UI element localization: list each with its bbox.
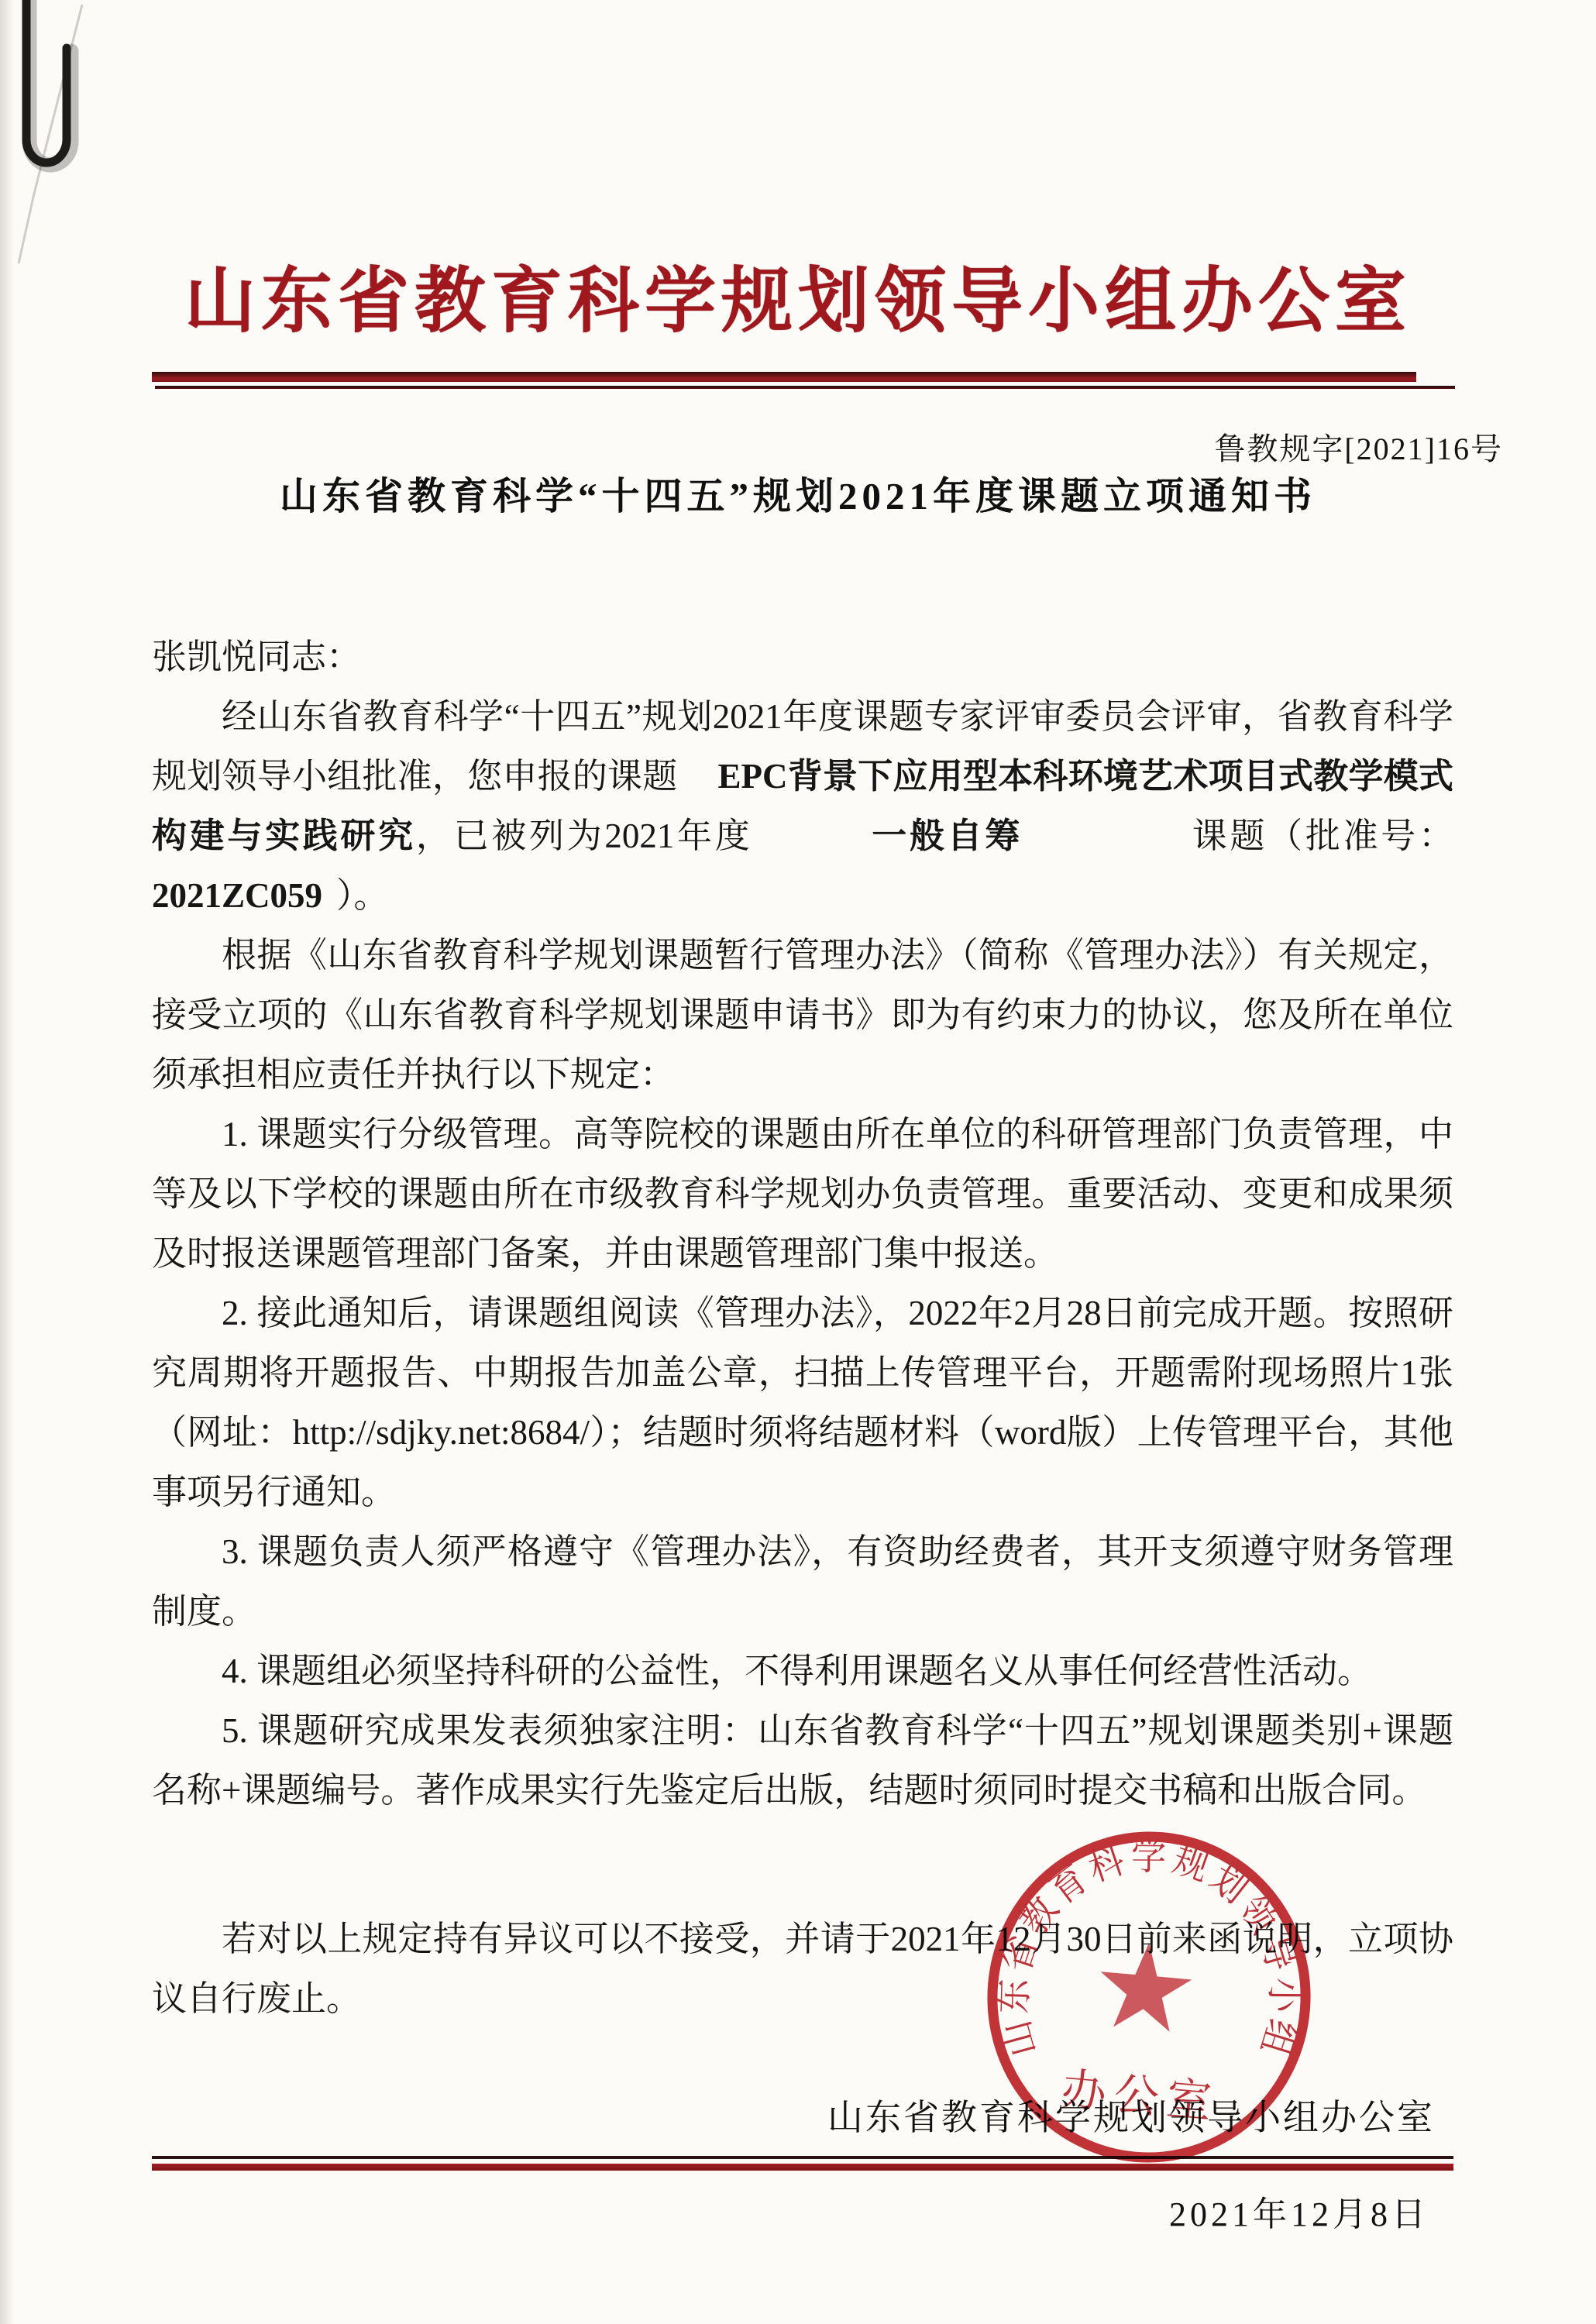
letter-body: 张凯悦同志： 经山东省教育科学“十四五”规划2021年度课题专家评审委员会评审，… xyxy=(0,627,1596,2029)
notice-title: 山东省教育科学“十四五”规划2021年度课题立项通知书 xyxy=(0,473,1596,521)
approval-tail-text: 课题（批准号： xyxy=(1189,816,1453,855)
seal-star-icon xyxy=(1096,1939,1195,2033)
fill-blank xyxy=(1023,847,1189,847)
rule-item-1: 1. 课题实行分级管理。高等院校的课题由所在单位的科研管理部门负责管理，中等及以… xyxy=(152,1105,1453,1284)
seal-bottom-text: 办公室 xyxy=(1059,2064,1221,2129)
paragraph-approval: 经山东省教育科学“十四五”规划2021年度课题专家评审委员会评审，省教育科学规划… xyxy=(152,687,1453,926)
rule-item-5: 5. 课题研究成果发表须独家注明：山东省教育科学“十四五”规划课题类别+课题名称… xyxy=(152,1701,1453,1820)
approval-number: 2021ZC059 xyxy=(152,876,322,915)
official-seal: 山东省教育科学规划领导小组 办公室 xyxy=(963,1811,1335,2183)
doc-number: 鲁教规字[2021]16号 xyxy=(0,431,1596,468)
rule-item-2: 2. 接此通知后，请课题组阅读《管理办法》，2022年2月28日前完成开题。按照… xyxy=(152,1284,1453,1522)
project-category: 一般自筹 xyxy=(869,816,1023,855)
approval-end-text: ）。 xyxy=(336,876,389,915)
paperclip-icon xyxy=(3,0,112,294)
fill-blank xyxy=(753,847,869,847)
rule-item-3: 3. 课题负责人须严格遵守《管理办法》，有资助经费者，其开支须遵守财务管理制度。 xyxy=(152,1522,1453,1642)
signature-block: 山东省教育科学规划领导小组办公室 2021年12月8日 xyxy=(0,2091,1596,2242)
rule-item-4: 4. 课题组必须坚持科研的公益性，不得利用课题名义从事任何经营性活动。 xyxy=(152,1642,1453,1701)
masthead-rule-thick xyxy=(152,372,1416,382)
masthead-title: 山东省教育科学规划领导小组办公室 xyxy=(0,260,1596,342)
paragraph-regulations: 根据《山东省教育科学规划课题暂行管理办法》（简称《管理办法》）有关规定，接受立项… xyxy=(152,926,1453,1105)
signature-org: 山东省教育科学规划领导小组办公室 xyxy=(0,2091,1596,2145)
signature-date: 2021年12月8日 xyxy=(0,2188,1596,2242)
salutation: 张凯悦同志： xyxy=(152,627,1453,687)
seal-ring-text-holder: 山东省教育科学规划领导小组 xyxy=(985,1820,1321,2088)
seal-ring-text: 山东省教育科学规划领导小组 xyxy=(985,1820,1321,2088)
approval-mid-text: ，已被列为2021年度 xyxy=(416,816,753,855)
scanned-letter-page: 山东省教育科学规划领导小组办公室 鲁教规字[2021]16号 山东省教育科学“十… xyxy=(0,0,1596,2324)
masthead-rule-thin xyxy=(155,386,1455,389)
